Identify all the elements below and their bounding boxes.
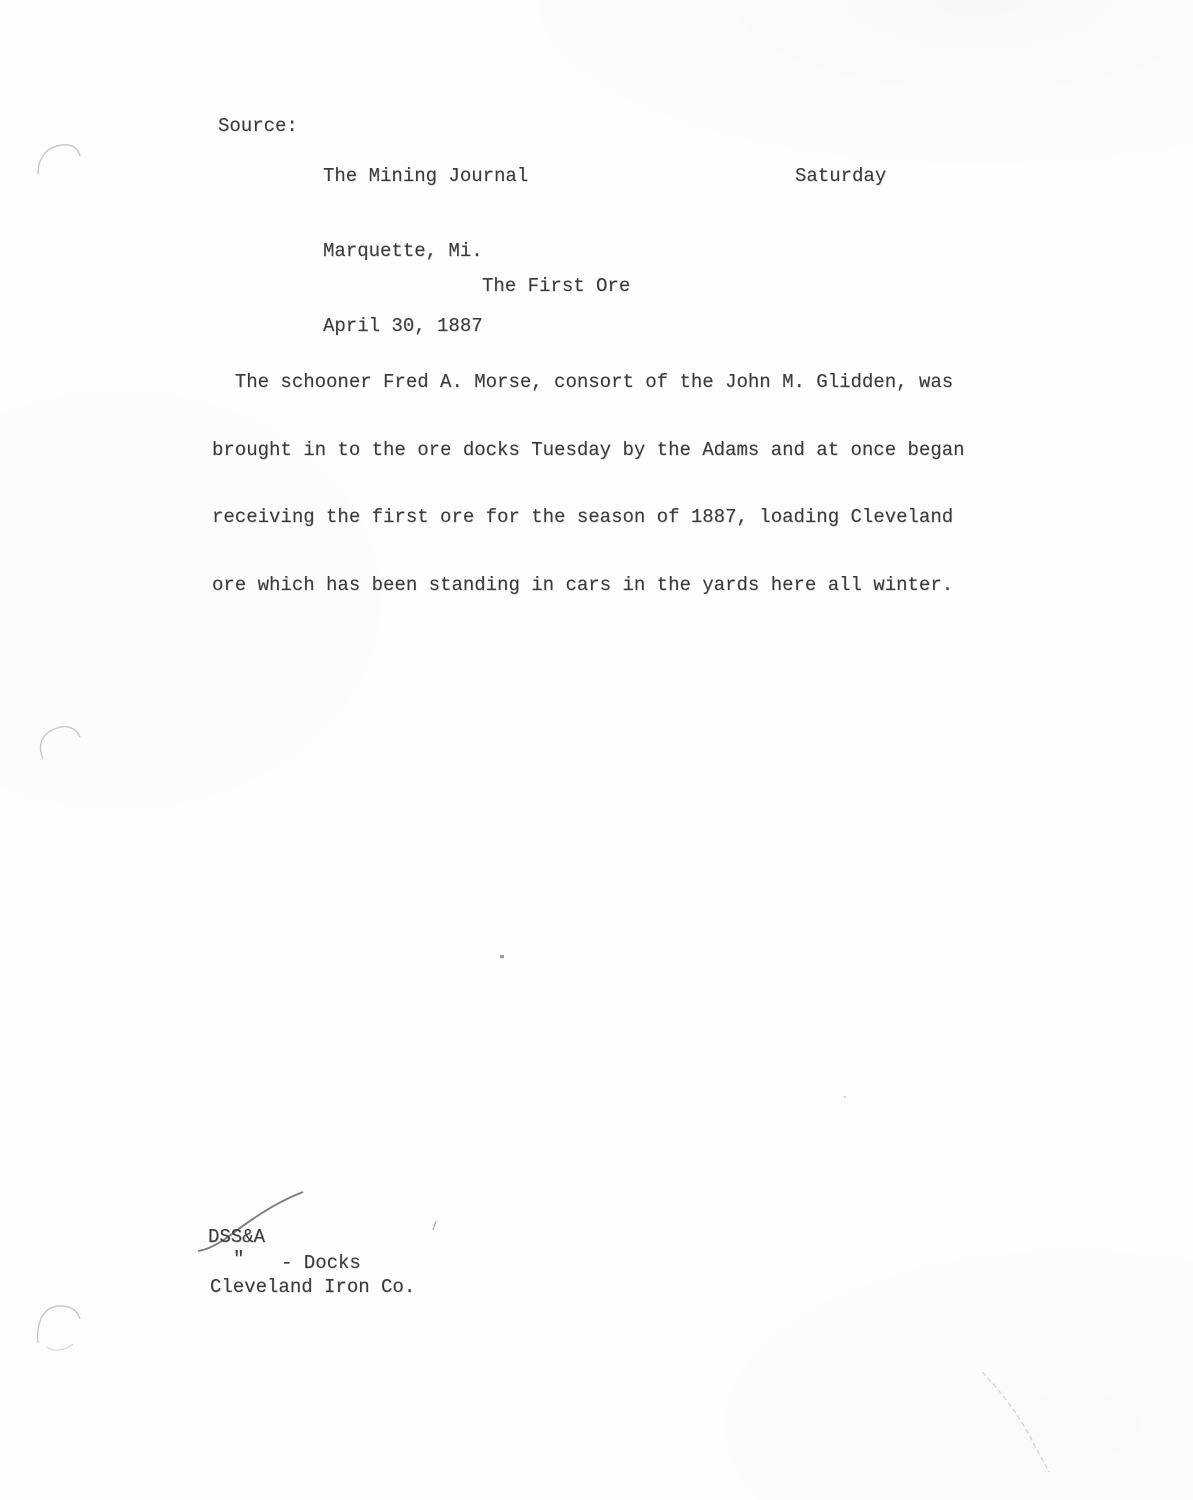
article-body-line: ore which has been standing in cars in t… (212, 574, 965, 597)
ink-speck (500, 955, 504, 958)
hole-punch-mark-top (38, 145, 80, 174)
article-title: The First Ore (482, 276, 630, 296)
footer-note-docks: - Docks (281, 1253, 361, 1273)
scanned-document-page: Source: The Mining Journal Marquette, Mi… (0, 0, 1193, 1500)
hole-punch-mark-middle (41, 727, 80, 759)
footer-note-railroad: DSS&A (208, 1227, 265, 1247)
publication-location: Marquette, Mi. (323, 239, 528, 264)
scan-artifacts (0, 0, 1193, 1500)
article-body: The schooner Fred A. Morse, consort of t… (212, 326, 965, 641)
article-body-line: receiving the first ore for the season o… (212, 506, 965, 529)
footer-note-company: Cleveland Iron Co. (210, 1277, 415, 1297)
article-body-line: brought in to the ore docks Tuesday by t… (212, 439, 965, 462)
stray-tick-mark (433, 1221, 436, 1230)
publication-name: The Mining Journal (323, 164, 528, 189)
article-body-line: The schooner Fred A. Morse, consort of t… (212, 371, 965, 394)
footer-ditto-mark: " (233, 1249, 244, 1269)
day-of-week: Saturday (795, 166, 886, 186)
faint-speck (844, 1096, 847, 1099)
hole-punch-mark-bottom-top-arc (38, 1306, 80, 1343)
source-label: Source: (218, 116, 298, 136)
scratch-mark (982, 1372, 1049, 1472)
hole-punch-mark-bottom-lower-arc (47, 1344, 73, 1350)
